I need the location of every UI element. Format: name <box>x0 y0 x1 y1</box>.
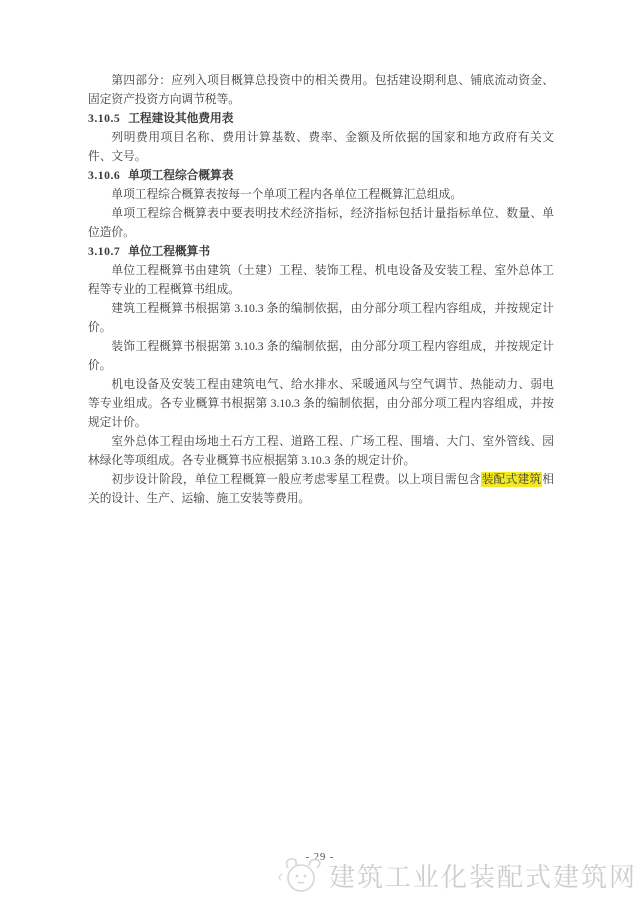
paragraph: 单项工程综合概算表按每一个单项工程内各单位工程概算汇总组成。 <box>88 185 554 204</box>
document-page: 第四部分：应列入项目概算总投资中的相关费用。包括建设期利息、铺底流动资金、固定资… <box>0 0 640 905</box>
section-number: 3.10.5 <box>88 112 120 125</box>
highlight-paragraph-pre: 初步设计阶段，单位工程概算一般应考虑零星工程费。以上项目需包含 <box>111 473 480 486</box>
section-title: 单项工程综合概算表 <box>128 169 233 182</box>
section-heading-3-10-7: 3.10.7单位工程概算书 <box>88 242 554 261</box>
panda-logo-icon <box>273 854 325 896</box>
section-title: 工程建设其他费用表 <box>128 112 233 125</box>
section-heading-3-10-6: 3.10.6单项工程综合概算表 <box>88 166 554 185</box>
document-body: 第四部分：应列入项目概算总投资中的相关费用。包括建设期利息、铺底流动资金、固定资… <box>88 71 554 508</box>
paragraph: 单项工程综合概算表中要表明技术经济指标，经济指标包括计量指标单位、数量、单位造价… <box>88 204 554 242</box>
section-number: 3.10.7 <box>88 245 120 258</box>
paragraph: 室外总体工程由场地土石方工程、道路工程、广场工程、围墙、大门、室外管线、园林绿化… <box>88 432 554 470</box>
watermark-text: 建筑工业化装配式建筑网 <box>329 857 637 894</box>
paragraph: 装饰工程概算书根据第 3.10.3 条的编制依据，由分部分项工程内容组成，并按规… <box>88 337 554 375</box>
paragraph: 机电设备及安装工程由建筑电气、给水排水、采暖通风与空气调节、热能动力、弱电等专业… <box>88 375 554 432</box>
highlighted-term: 装配式建筑 <box>481 472 543 487</box>
section-number: 3.10.6 <box>88 169 120 182</box>
paragraph: 第四部分：应列入项目概算总投资中的相关费用。包括建设期利息、铺底流动资金、固定资… <box>88 71 554 109</box>
watermark: 建筑工业化装配式建筑网 <box>273 854 637 896</box>
paragraph-with-highlight: 初步设计阶段，单位工程概算一般应考虑零星工程费。以上项目需包含装配式建筑相关的设… <box>88 470 554 508</box>
section-title: 单位工程概算书 <box>128 245 210 258</box>
paragraph: 建筑工程概算书根据第 3.10.3 条的编制依据，由分部分项工程内容组成，并按规… <box>88 299 554 337</box>
paragraph: 列明费用项目名称、费用计算基数、费率、金额及所依据的国家和地方政府有关文件、文号… <box>88 128 554 166</box>
paragraph: 单位工程概算书由建筑（土建）工程、装饰工程、机电设备及安装工程、室外总体工程等专… <box>88 261 554 299</box>
section-heading-3-10-5: 3.10.5工程建设其他费用表 <box>88 109 554 128</box>
